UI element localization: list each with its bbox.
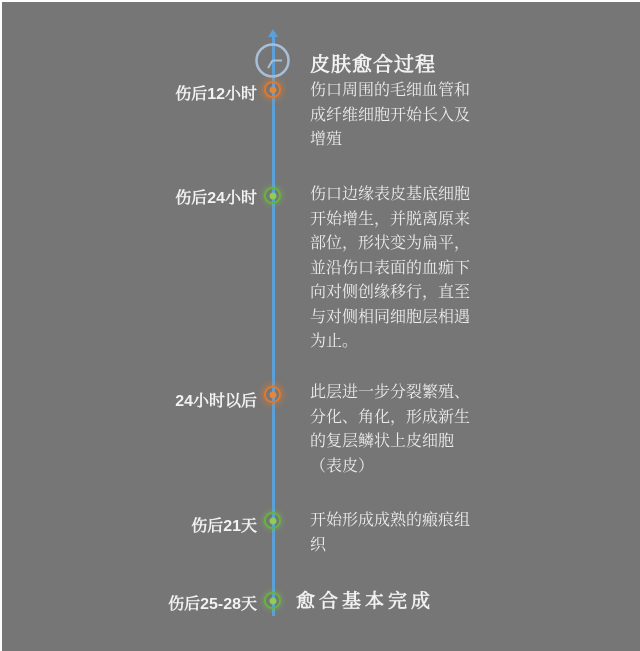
timeline-marker-icon — [264, 386, 281, 403]
timeline-marker-icon — [264, 592, 281, 609]
timeline-entry-text: 伤口周围的毛细血管和 成纤维细胞开始长入及 增殖 — [310, 79, 495, 153]
timeline-entry-label: 伤后12小时 — [175, 81, 257, 104]
timeline-marker-icon — [264, 81, 281, 98]
timeline-entry-label: 伤后21天 — [191, 513, 257, 536]
timeline-entry-text: 开始形成成熟的瘢痕组 织 — [310, 509, 495, 558]
timeline-entry-text: 愈合基本完成 — [296, 590, 434, 614]
clock-icon — [253, 41, 292, 80]
timeline-marker-icon — [264, 512, 281, 529]
timeline-line-arrow — [268, 29, 278, 37]
frame-border-top — [0, 0, 640, 2]
timeline-entry-text: 此层进一步分裂繁殖、 分化、角化，形成新生 的复层鳞状上皮细胞 （表皮） — [310, 381, 495, 479]
page-title: 皮肤愈合过程 — [310, 48, 436, 77]
timeline-entry-label: 伤后24小时 — [175, 185, 257, 208]
timeline-line — [272, 36, 275, 616]
timeline-entry-text: 伤口边缘表皮基底细胞 开始增生，并脱离原来 部位，形状变为扁平， 並沿伤口表面的… — [310, 183, 495, 355]
timeline-canvas: 皮肤愈合过程 伤后12小时 伤口周围的毛细血管和 成纤维细胞开始长入及 增殖 伤… — [0, 0, 640, 651]
timeline-entry-label: 24小时以后 — [175, 388, 257, 411]
timeline-entry-label: 伤后25-28天 — [168, 591, 257, 614]
frame-border-left — [0, 0, 2, 651]
timeline-marker-icon — [264, 187, 281, 204]
